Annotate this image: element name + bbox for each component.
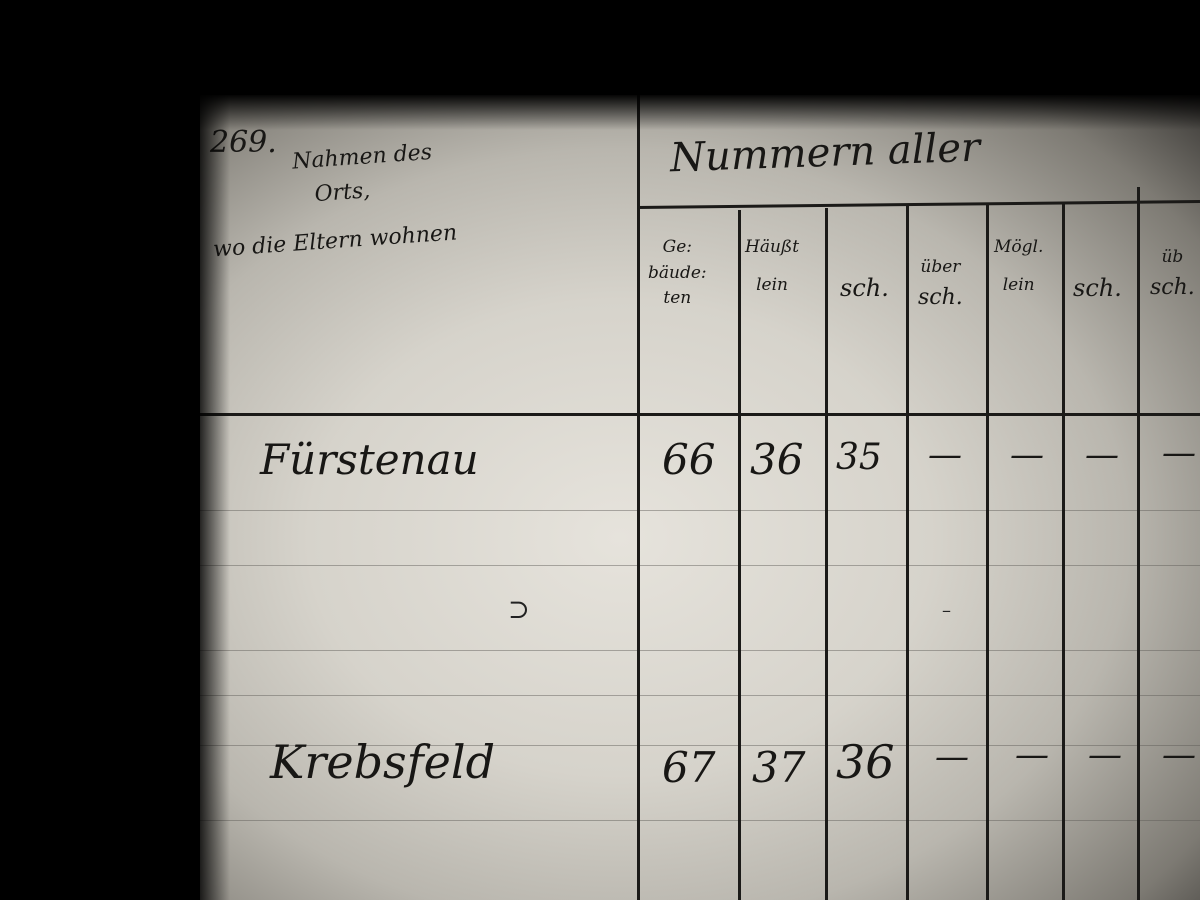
place-name: Fürstenau bbox=[260, 435, 479, 484]
value-cell: 37 bbox=[752, 743, 805, 792]
place-header-line: wo die Eltern wohnen bbox=[212, 217, 458, 268]
column-divider bbox=[906, 206, 909, 900]
numbers-group-header: Nummern aller bbox=[669, 125, 981, 182]
column-divider bbox=[1062, 202, 1065, 900]
empty-cell-dash: — bbox=[1015, 735, 1049, 775]
register-page: 269. Nahmen des Orts, wo die Eltern wohn… bbox=[200, 95, 1200, 900]
column-header: Ge: bäude: ten bbox=[648, 235, 707, 312]
header-bottom-rule bbox=[200, 413, 1200, 416]
column-divider bbox=[738, 210, 741, 900]
place-name: Krebsfeld bbox=[270, 735, 495, 789]
stray-dash: – bbox=[942, 600, 951, 621]
empty-cell-dash: — bbox=[1085, 435, 1119, 475]
value-cell: 36 bbox=[750, 435, 803, 484]
empty-cell-dash: — bbox=[1162, 433, 1196, 473]
column-header: sch. bbox=[840, 270, 889, 306]
dark-border-left bbox=[0, 0, 230, 900]
numbers-header-rule bbox=[637, 200, 1200, 209]
ruled-line bbox=[200, 820, 1200, 821]
column-divider bbox=[825, 208, 828, 900]
column-header: Mögl. lein bbox=[994, 235, 1043, 298]
ruled-line bbox=[200, 650, 1200, 651]
empty-cell-dash: — bbox=[1088, 735, 1122, 775]
ruled-line bbox=[200, 510, 1200, 511]
column-divider bbox=[986, 204, 989, 900]
empty-cell-dash: — bbox=[928, 435, 962, 475]
empty-cell-dash: — bbox=[1162, 735, 1196, 775]
column-header: sch. bbox=[1073, 270, 1122, 306]
column-divider-main bbox=[637, 95, 640, 900]
empty-cell-dash: — bbox=[935, 737, 969, 777]
value-cell: 67 bbox=[662, 743, 715, 792]
ruled-line bbox=[200, 565, 1200, 566]
ruled-line bbox=[200, 695, 1200, 696]
column-header: über sch. bbox=[918, 255, 963, 314]
stray-mark: ⊃ bbox=[508, 595, 530, 625]
value-cell: 66 bbox=[662, 435, 715, 484]
column-header: Häußt lein bbox=[745, 235, 799, 298]
place-column-header: Nahmen des Orts, wo die Eltern wohnen bbox=[291, 135, 458, 262]
value-cell: 35 bbox=[836, 437, 882, 478]
column-divider bbox=[1137, 187, 1140, 900]
value-cell: 36 bbox=[836, 735, 895, 789]
column-header: üb sch. bbox=[1150, 245, 1195, 304]
empty-cell-dash: — bbox=[1010, 435, 1044, 475]
